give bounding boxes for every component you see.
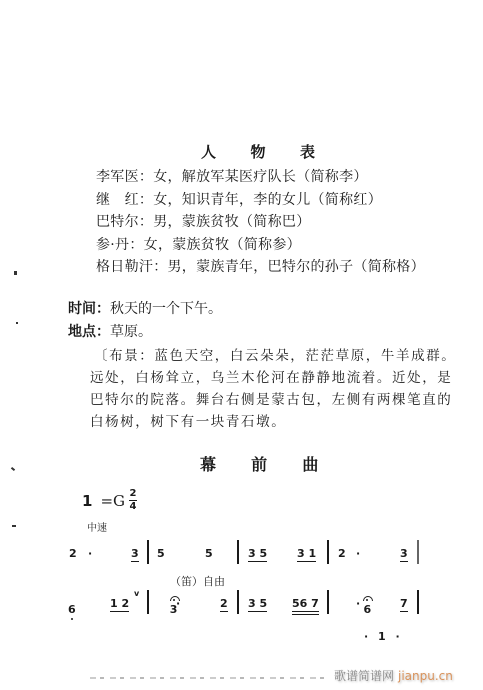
scan-artifact bbox=[11, 467, 15, 471]
note: 5 bbox=[205, 548, 213, 560]
character-name: 巴特尔： bbox=[96, 214, 153, 230]
prelude-title: 幕 前 曲 bbox=[200, 452, 318, 475]
note-low-octave: 6 bbox=[68, 603, 76, 616]
barline bbox=[417, 540, 419, 564]
title-char: 表 bbox=[300, 141, 315, 162]
character-name: 继 红： bbox=[96, 192, 153, 208]
page-number: · 1 · bbox=[364, 630, 403, 643]
scene-line: 白杨树，树下有一块青石墩。 bbox=[90, 411, 456, 433]
key-signature: 1 =G 2 4 bbox=[82, 489, 137, 512]
character-name: 格日勒汗： bbox=[96, 259, 168, 275]
character-entry: 巴特尔：男，蒙族贫牧（简称巴） bbox=[96, 212, 425, 235]
barline bbox=[327, 590, 329, 614]
barline bbox=[237, 590, 239, 614]
note: 2 bbox=[69, 548, 77, 560]
time-line: 时间：秋天的一个下午。 bbox=[68, 299, 222, 319]
barline bbox=[147, 540, 149, 564]
scan-artifact bbox=[90, 677, 330, 679]
character-desc: 女，蒙族贫牧（简称参） bbox=[144, 237, 301, 253]
barline bbox=[417, 590, 419, 614]
scan-artifact bbox=[14, 271, 17, 275]
scene-line: 〔布景：蓝色天空，白云朵朵，茫茫草原，牛羊成群。 bbox=[90, 345, 456, 367]
time-sig-bottom: 4 bbox=[130, 502, 137, 512]
character-entry: 参·丹：女，蒙族贫牧（简称参） bbox=[96, 235, 425, 258]
instrument-note: （笛）自由 bbox=[170, 573, 225, 589]
dot: · bbox=[88, 548, 92, 560]
scan-artifact bbox=[12, 525, 16, 527]
key-tonic: 1 bbox=[82, 492, 92, 510]
barline bbox=[327, 540, 329, 564]
barline bbox=[237, 540, 239, 564]
dot: · bbox=[176, 598, 180, 610]
scene-line: 巴特尔的院落。舞台右侧是蒙古包，左侧有两棵笔直的 bbox=[90, 389, 456, 411]
note-group: 56 7 bbox=[292, 598, 319, 612]
key-name: =G bbox=[100, 492, 125, 510]
title-char: 物 bbox=[250, 141, 265, 162]
character-entry: 李军医：女，解放军某医疗队长（简称李） bbox=[96, 167, 425, 190]
character-desc: 男，蒙族青年，巴特尔的孙子（简称格） bbox=[168, 259, 425, 275]
scene-line: 远处，白杨耸立，乌兰木伦河在静静地流着。近处，是 bbox=[90, 367, 456, 389]
note: 3 bbox=[400, 548, 408, 562]
note-fermata: 6 bbox=[364, 603, 372, 616]
note: 5 bbox=[157, 548, 165, 560]
watermark: 歌谱简谱网jianpu.cn bbox=[334, 667, 453, 684]
note-group: 3 1 bbox=[297, 548, 316, 562]
characters-title: 人 物 表 bbox=[201, 141, 315, 162]
character-list: 李军医：女，解放军某医疗队长（简称李） 继 红：女，知识青年，李的女儿（简称红）… bbox=[96, 167, 425, 280]
note-group: 3 5 bbox=[248, 548, 267, 562]
character-entry: 继 红：女，知识青年，李的女儿（简称红） bbox=[96, 190, 425, 213]
barline bbox=[147, 590, 149, 614]
time-value: 秋天的一个下午。 bbox=[110, 301, 222, 317]
watermark-site-name: 歌谱简谱网 bbox=[334, 669, 394, 683]
dot: · bbox=[356, 548, 360, 560]
character-desc: 女，知识青年，李的女儿（简称红） bbox=[153, 192, 382, 208]
place-line: 地点：草原。 bbox=[68, 322, 152, 342]
character-name: 李军医： bbox=[96, 169, 153, 185]
time-label: 时间： bbox=[68, 301, 110, 317]
note: 2 bbox=[220, 598, 228, 612]
time-sig-top: 2 bbox=[130, 489, 137, 499]
time-signature: 2 4 bbox=[129, 489, 137, 512]
title-char: 前 bbox=[251, 452, 267, 475]
note-group: 1 2 bbox=[110, 598, 129, 612]
note-group: 3 5 bbox=[248, 598, 267, 612]
character-desc: 女，解放军某医疗队长（简称李） bbox=[153, 169, 368, 185]
scan-artifact bbox=[16, 322, 18, 324]
dot: · bbox=[356, 598, 360, 610]
watermark-url: jianpu.cn bbox=[398, 669, 453, 683]
character-name: 参·丹： bbox=[96, 237, 144, 253]
note: 3 bbox=[131, 548, 139, 562]
character-entry: 格日勒汗：男，蒙族青年，巴特尔的孙子（简称格） bbox=[96, 257, 425, 280]
place-value: 草原。 bbox=[110, 324, 152, 340]
breath-mark: v bbox=[134, 588, 139, 600]
tempo-marking: 中速 bbox=[87, 519, 107, 534]
title-char: 曲 bbox=[302, 452, 318, 475]
note: 7 bbox=[400, 598, 408, 612]
title-char: 幕 bbox=[200, 452, 216, 475]
place-label: 地点： bbox=[68, 324, 110, 340]
title-char: 人 bbox=[201, 141, 216, 162]
character-desc: 男，蒙族贫牧（简称巴） bbox=[153, 214, 310, 230]
note: 2 bbox=[338, 548, 346, 560]
music-line-2: 6 1 2 v 3 · 2 3 5 56 7 6 · 7 bbox=[0, 0, 483, 19]
scene-description: 〔布景：蓝色天空，白云朵朵，茫茫草原，牛羊成群。 远处，白杨耸立，乌兰木伦河在静… bbox=[90, 345, 456, 433]
